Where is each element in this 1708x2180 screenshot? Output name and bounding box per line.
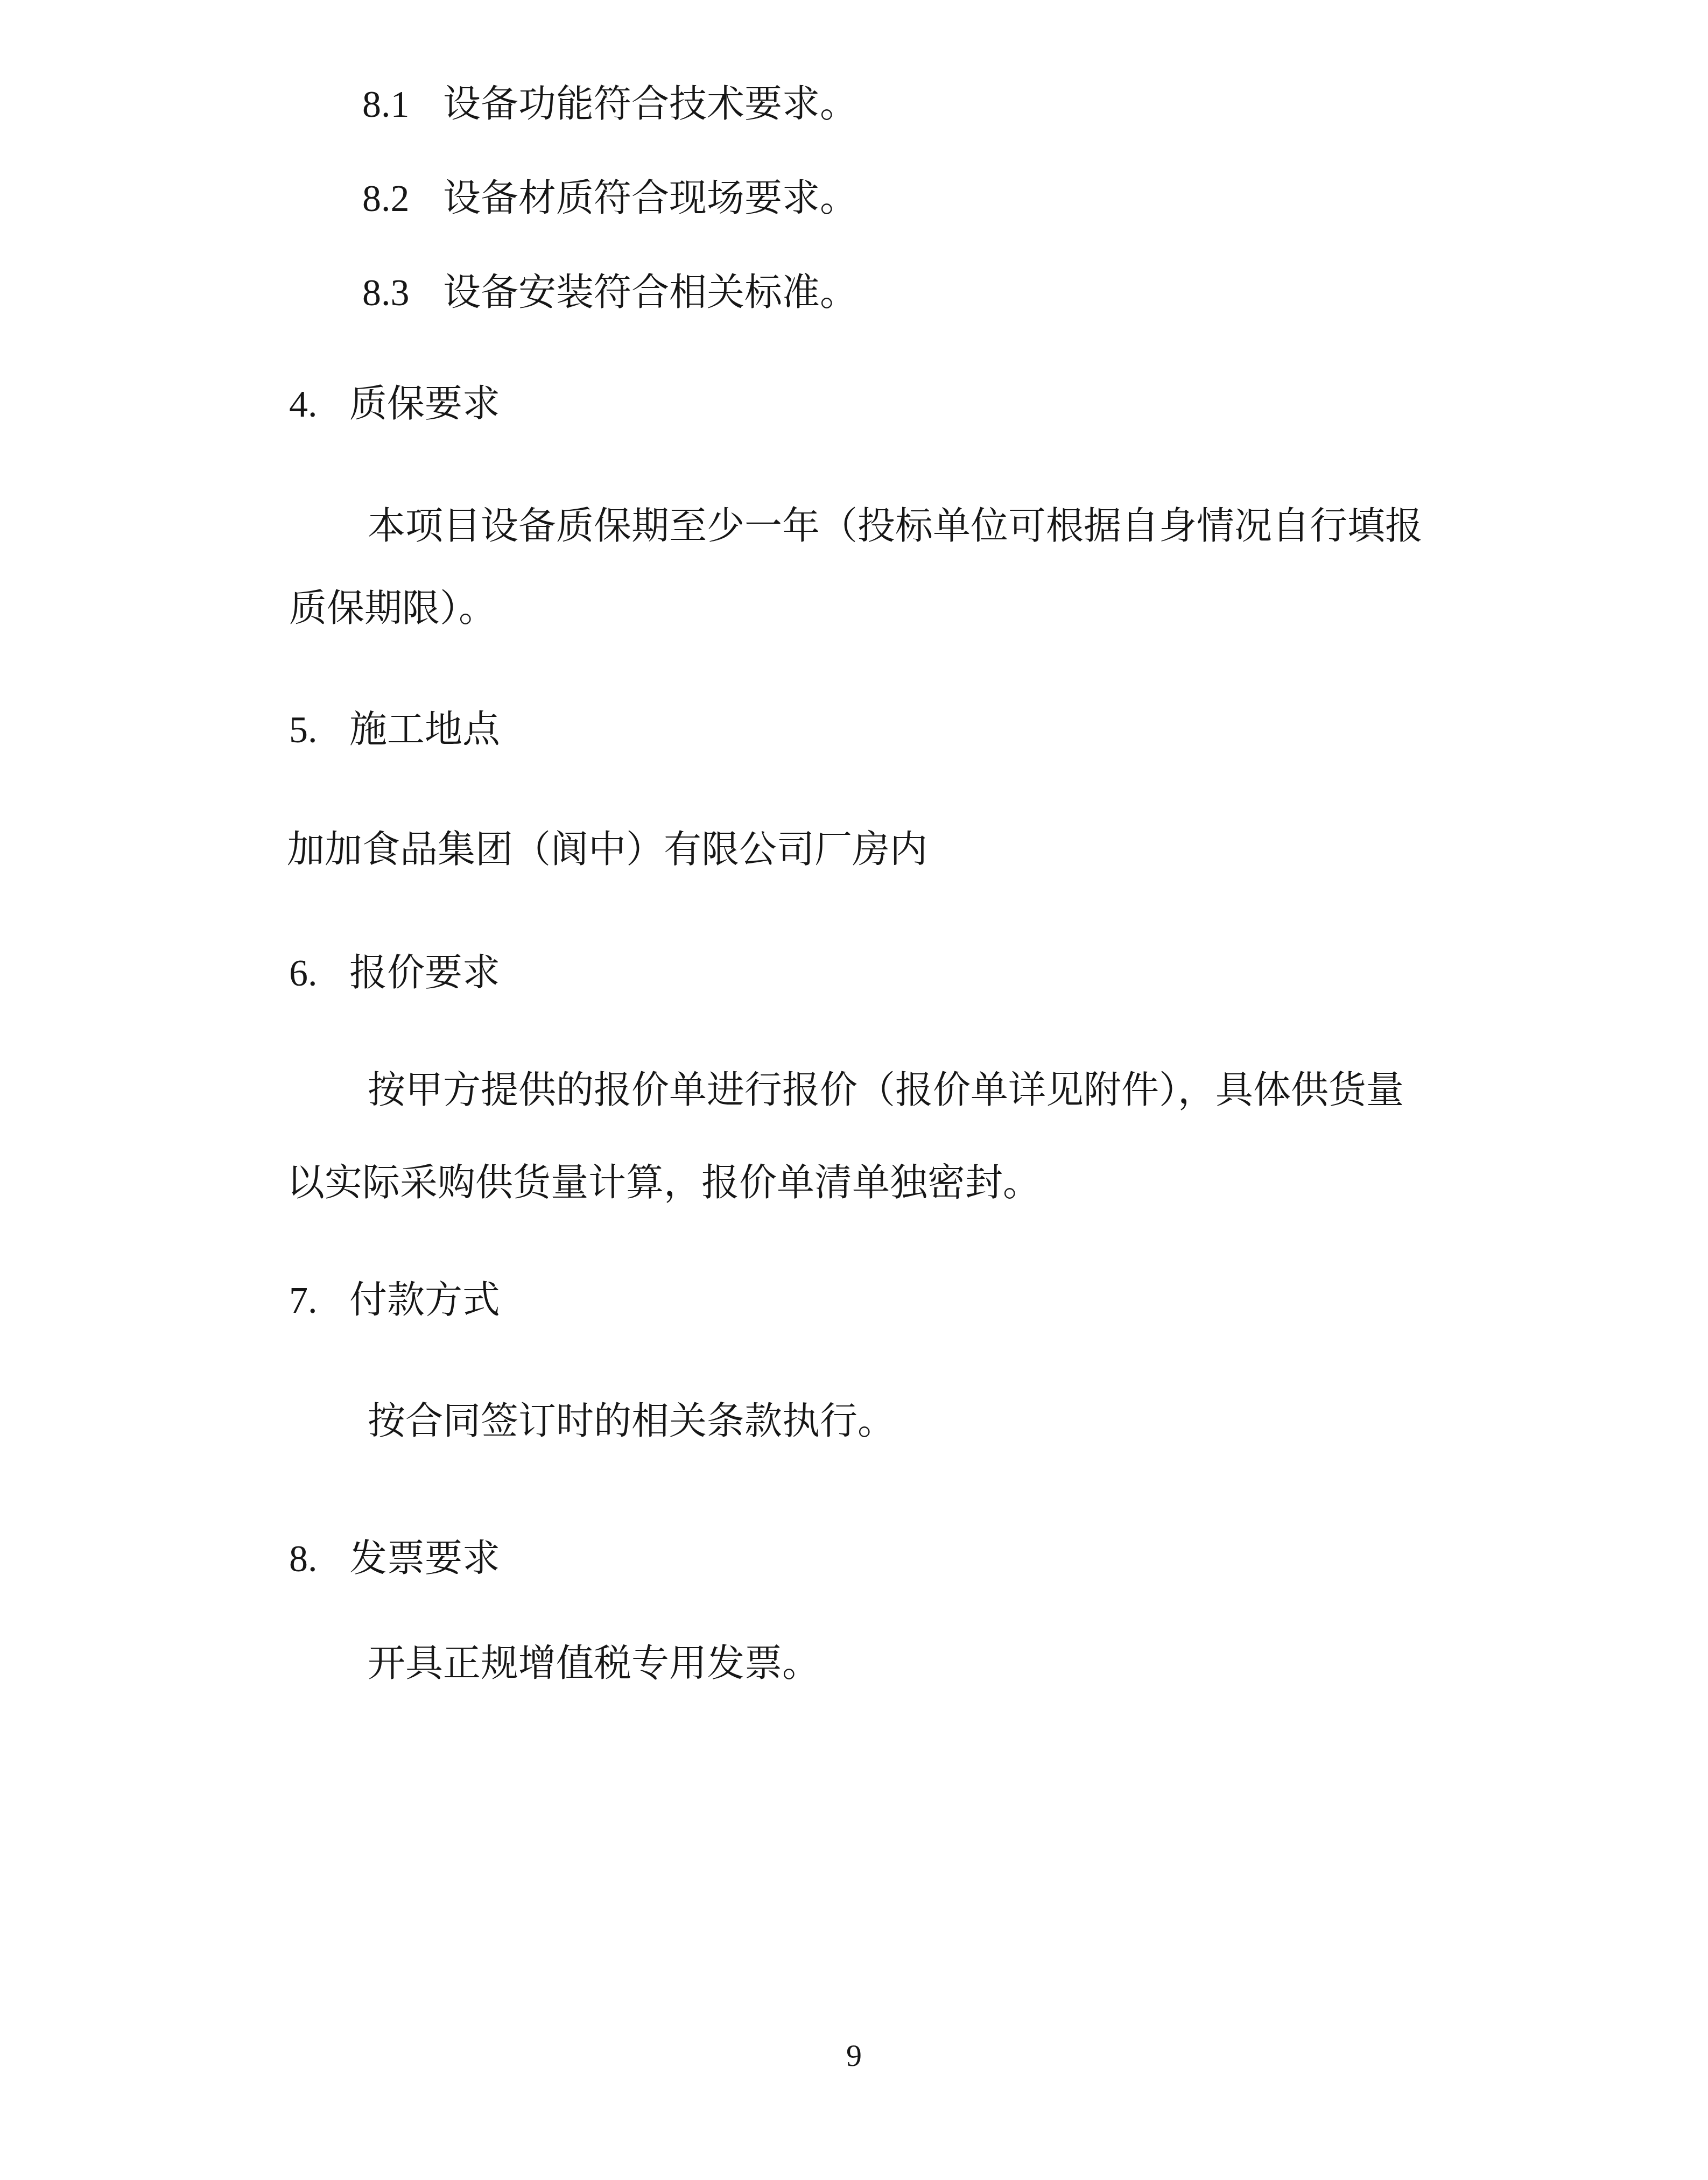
section-8-paragraph: 开具正规增值税专用发票。 <box>368 1645 820 1683</box>
section-6-title: 报价要求 <box>349 953 500 994</box>
section-5-heading: 5.施工地点 <box>289 712 500 749</box>
section-6-number: 6. <box>289 955 349 993</box>
section-4-paragraph-line-2: 质保期限）。 <box>289 590 496 628</box>
clause-8-1-number: 8.1 <box>362 86 443 124</box>
section-5-body: 加加食品集团（阆中）有限公司厂房内 <box>287 832 927 869</box>
section-4-title: 质保要求 <box>349 384 500 425</box>
clause-8-3: 8.3设备安装符合相关标准。 <box>362 275 857 312</box>
section-4-heading: 4.质保要求 <box>289 386 500 424</box>
document-page: 8.1设备功能符合技术要求。 8.2设备材质符合现场要求。 8.3设备安装符合相… <box>0 0 1708 2180</box>
section-5-title: 施工地点 <box>349 709 500 751</box>
section-7-paragraph: 按合同签订时的相关条款执行。 <box>368 1403 895 1441</box>
section-7-title: 付款方式 <box>349 1280 500 1321</box>
section-7-heading: 7.付款方式 <box>289 1282 500 1320</box>
clause-8-1-text: 设备功能符合技术要求。 <box>443 84 857 125</box>
section-6-paragraph-line-2: 以实际采购供货量计算，报价单清单独密封。 <box>287 1165 1041 1202</box>
section-8-heading: 8.发票要求 <box>289 1541 500 1578</box>
clause-8-2-text: 设备材质符合现场要求。 <box>443 178 857 220</box>
page-number: 9 <box>0 2040 1708 2071</box>
section-5-number: 5. <box>289 712 349 749</box>
clause-8-3-number: 8.3 <box>362 275 443 312</box>
section-7-number: 7. <box>289 1282 349 1320</box>
clause-8-3-text: 设备安装符合相关标准。 <box>443 272 857 314</box>
section-4-paragraph-line-1: 本项目设备质保期至少一年（投标单位可根据自身情况自行填报 <box>368 508 1423 546</box>
section-6-paragraph-line-1: 按甲方提供的报价单进行报价（报价单详见附件），具体供货量 <box>368 1072 1404 1110</box>
clause-8-2-number: 8.2 <box>362 180 443 218</box>
section-4-number: 4. <box>289 386 349 424</box>
clause-8-1: 8.1设备功能符合技术要求。 <box>362 86 857 124</box>
section-8-number: 8. <box>289 1541 349 1578</box>
section-6-heading: 6.报价要求 <box>289 955 500 993</box>
clause-8-2: 8.2设备材质符合现场要求。 <box>362 180 857 218</box>
section-8-title: 发票要求 <box>349 1538 500 1580</box>
